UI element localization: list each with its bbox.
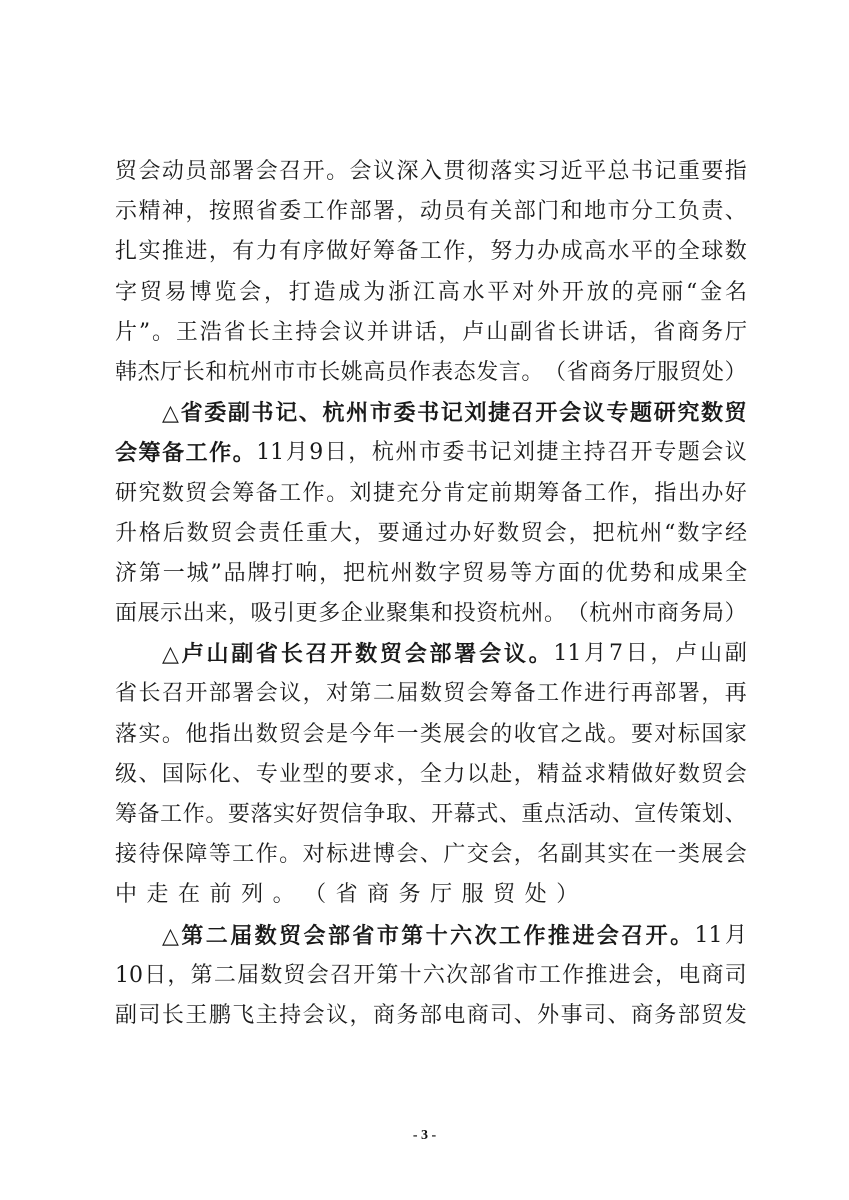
text-line: 落实。他指出数贸会是今年一类展会的收官之战。要对标国家 — [115, 715, 747, 755]
text-line: 研究数贸会筹备工作。刘捷充分肯定前期筹备工作，指出办好 — [115, 474, 747, 514]
text-line: 省长召开部署会议，对第二届数贸会筹备工作进行再部署，再 — [115, 674, 747, 714]
text-line: 扎实推进，有力有序做好筹备工作，努力办成高水平的全球数 — [115, 232, 747, 272]
section-heading-line: △卢山副省长召开数贸会部署会议。11月7日，卢山副 — [115, 634, 747, 674]
text-line: 级、国际化、专业型的要求，全力以赴，精益求精做好数贸会 — [115, 755, 747, 795]
section-heading-line: △省委副书记、杭州市委书记刘捷召开会议专题研究数贸 — [115, 393, 747, 433]
text-line: 字贸易博览会，打造成为浙江高水平对外开放的亮丽“金名 — [115, 273, 747, 313]
text-line: 中走在前列。（省商务厅服贸处） — [115, 875, 747, 915]
text-line: 接待保障等工作。对标进博会、广交会，名副其实在一类展会 — [115, 835, 747, 875]
document-page: 贸会动员部署会召开。会议深入贯彻落实习近平总书记重要指示精神，按照省委工作部署，… — [0, 0, 849, 1200]
text-line: 韩杰厅长和杭州市市长姚高员作表态发言。（省商务厅服贸处） — [115, 353, 747, 393]
text-line: 济第一城”品牌打响，把杭州数字贸易等方面的优势和成果全 — [115, 554, 747, 594]
text-line: 升格后数贸会责任重大，要通过办好数贸会，把杭州“数字经 — [115, 514, 747, 554]
text-line: 副司长王鹏飞主持会议，商务部电商司、外事司、商务部贸发 — [115, 996, 747, 1036]
page-number: - 3 - — [0, 1128, 849, 1144]
body-text: 贸会动员部署会召开。会议深入贯彻落实习近平总书记重要指示精神，按照省委工作部署，… — [115, 152, 747, 1036]
text-line: 示精神，按照省委工作部署，动员有关部门和地市分工负责、 — [115, 192, 747, 232]
text-line: 片”。王浩省长主持会议并讲话，卢山副省长讲话，省商务厅 — [115, 313, 747, 353]
section-heading-line: △第二届数贸会部省市第十六次工作推进会召开。11月 — [115, 916, 747, 956]
text-line: 筹备工作。要落实好贺信争取、开幕式、重点活动、宣传策划、 — [115, 795, 747, 835]
text-line: 10日，第二届数贸会召开第十六次部省市工作推进会，电商司 — [115, 956, 747, 996]
text-line: 贸会动员部署会召开。会议深入贯彻落实习近平总书记重要指 — [115, 152, 747, 192]
text-line: 面展示出来，吸引更多企业聚集和投资杭州。（杭州市商务局） — [115, 594, 747, 634]
text-line: 会筹备工作。11月9日，杭州市委书记刘捷主持召开专题会议 — [115, 433, 747, 473]
